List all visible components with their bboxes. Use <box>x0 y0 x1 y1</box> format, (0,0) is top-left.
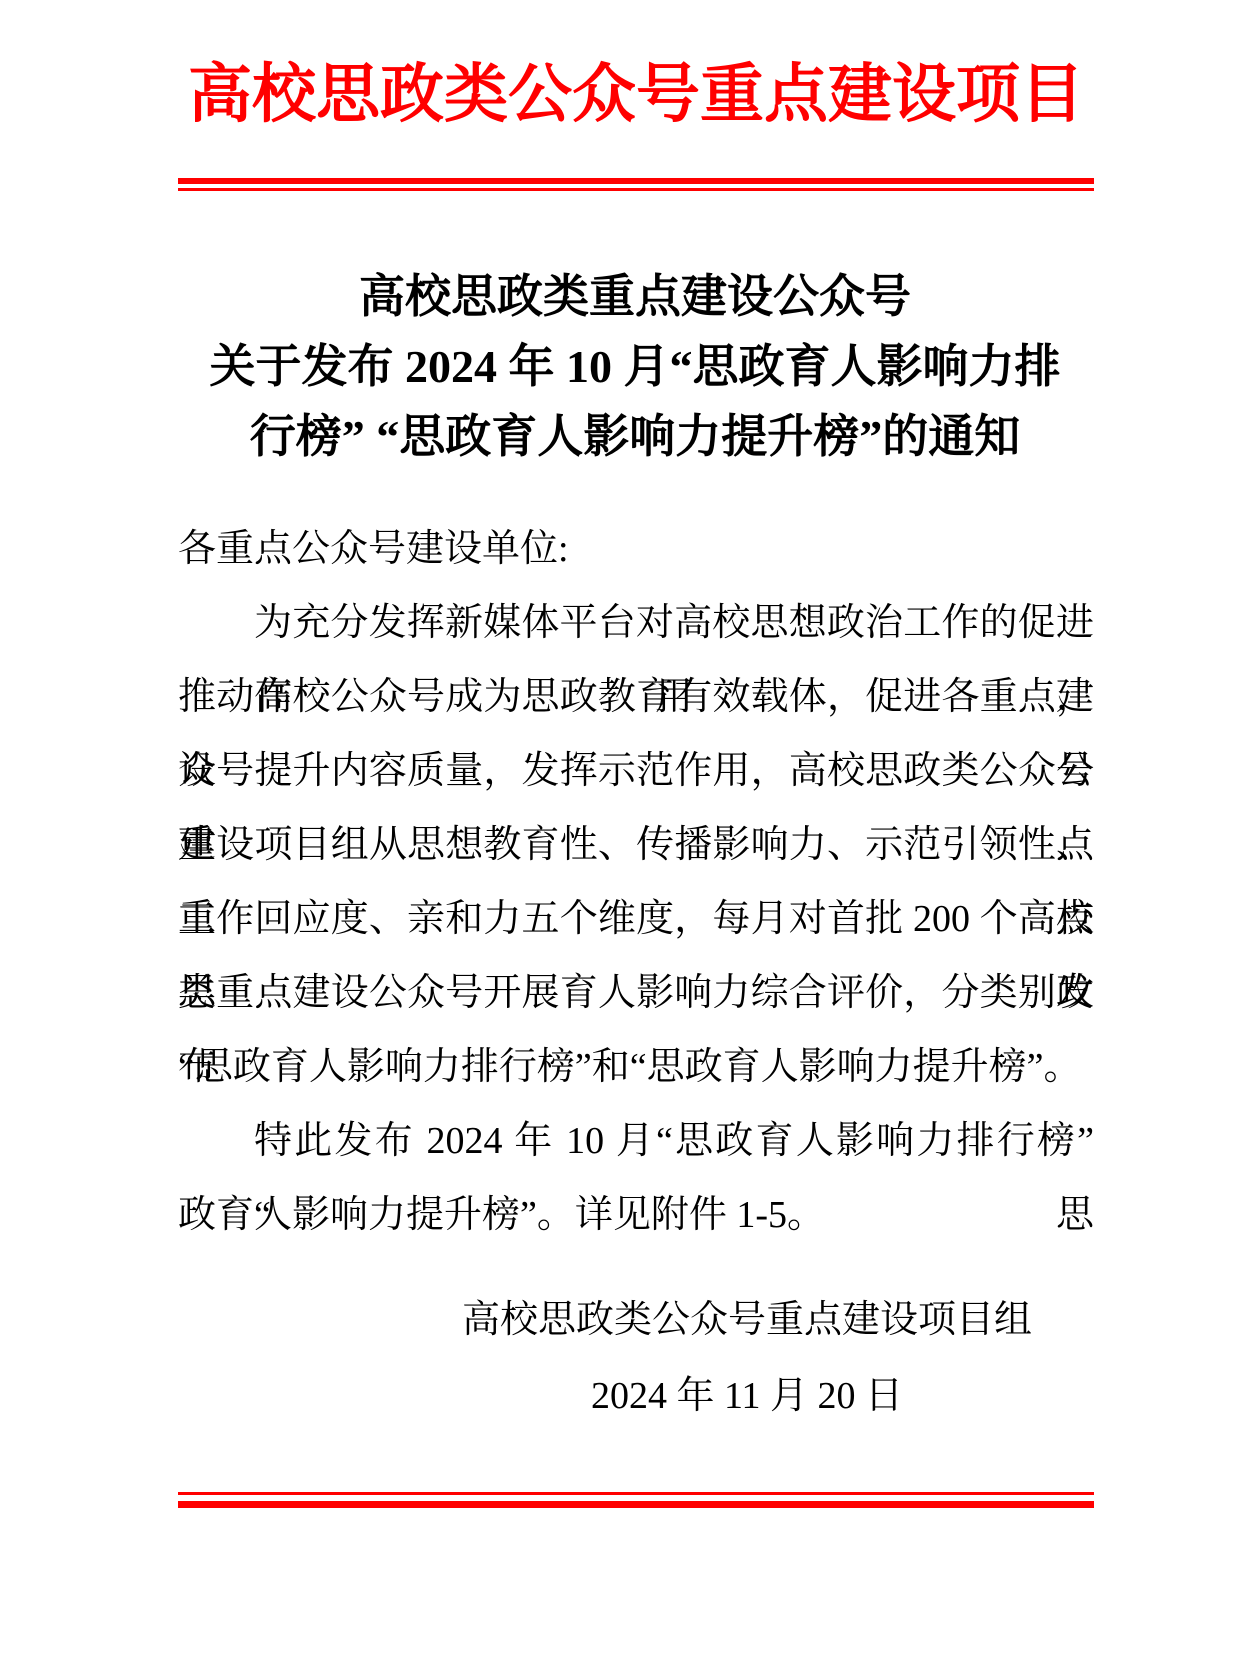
signature-organization: 高校思政类公众号重点建设项目组 <box>400 1282 1094 1358</box>
document-title-line-2: 关于发布 2024 年 10 月“思政育人影响力排 <box>160 332 1110 402</box>
footer-rule-thick <box>178 1501 1094 1508</box>
header-rule-thin <box>178 188 1094 191</box>
signature-block: 高校思政类公众号重点建设项目组 2024 年 11 月 20 日 <box>400 1282 1094 1434</box>
official-document-page: 高校思政类公众号重点建设项目 高校思政类重点建设公众号 关于发布 2024 年 … <box>0 0 1247 1657</box>
header-rule-thick <box>178 178 1094 184</box>
salutation-line: 各重点公众号建设单位: <box>178 512 1094 586</box>
paragraph-line: 众号提升内容质量，发挥示范作用，高校思政类公众号重点 <box>178 734 1094 808</box>
paragraph-line: 特此发布 2024 年 10 月“思政育人影响力排行榜” “思 <box>178 1104 1094 1178</box>
document-title-line-1: 高校思政类重点建设公众号 <box>160 262 1110 332</box>
paragraph-line: 推动高校公众号成为思政教育有效载体，促进各重点建设公 <box>178 660 1094 734</box>
paragraph-line: 工作回应度、亲和力五个维度，每月对首批 200 个高校思政 <box>178 882 1094 956</box>
footer-rule-thin <box>178 1492 1094 1495</box>
signature-date: 2024 年 11 月 20 日 <box>400 1358 1094 1434</box>
document-title: 高校思政类重点建设公众号 关于发布 2024 年 10 月“思政育人影响力排 行… <box>160 262 1110 472</box>
paragraph-line: “思政育人影响力排行榜”和“思政育人影响力提升榜”。 <box>178 1030 1094 1104</box>
paragraph-line: 建设项目组从思想教育性、传播影响力、示范引领性、重点 <box>178 808 1094 882</box>
document-body: 各重点公众号建设单位: 为充分发挥新媒体平台对高校思想政治工作的促进作用， 推动… <box>178 512 1094 1252</box>
document-title-line-3: 行榜” “思政育人影响力提升榜”的通知 <box>160 402 1110 472</box>
paragraph-line: 为充分发挥新媒体平台对高校思想政治工作的促进作用， <box>178 586 1094 660</box>
letterhead-title: 高校思政类公众号重点建设项目 <box>178 52 1094 138</box>
paragraph-line: 类重点建设公众号开展育人影响力综合评价，分类别发布 <box>178 956 1094 1030</box>
